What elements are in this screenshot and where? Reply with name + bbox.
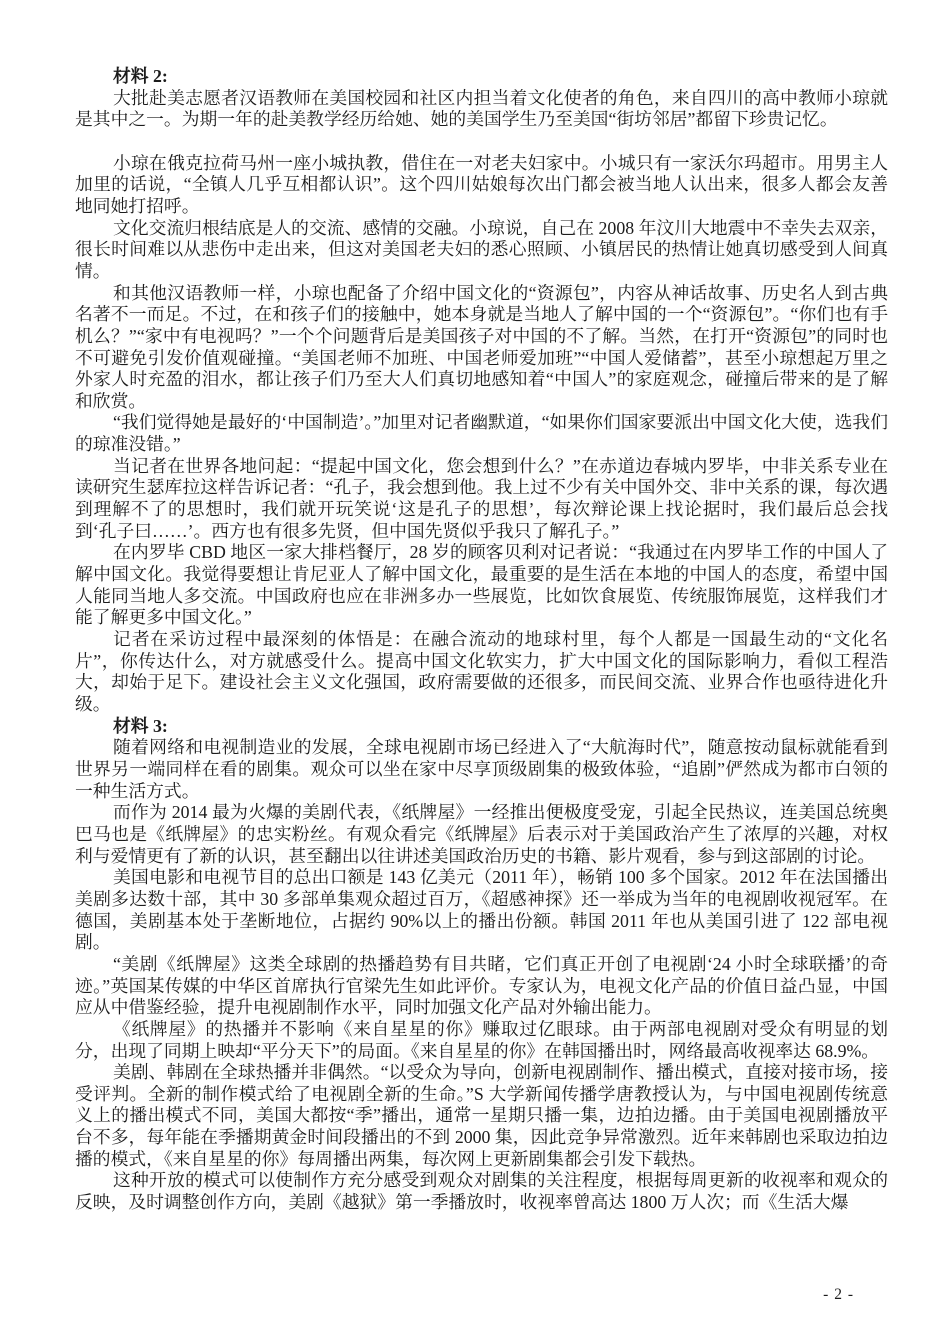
- paragraph: 随着网络和电视制造业的发展，全球电视剧市场已经进入了“大航海时代”，随意按动鼠标…: [75, 737, 888, 802]
- paragraph: 在内罗毕 CBD 地区一家大排档餐厅，28 岁的顾客贝利对记者说：“我通过在内罗…: [75, 542, 888, 629]
- paragraph: 美国电影和电视节目的总出口额是 143 亿美元（2011 年），畅销 100 多…: [75, 867, 888, 954]
- paragraph: 和其他汉语教师一样，小琼也配备了介绍中国文化的“资源包”，内容从神话故事、历史名…: [75, 283, 888, 413]
- material-2-heading: 材料 2:: [75, 66, 888, 88]
- paragraph: 小琼在俄克拉荷马州一座小城执教，借住在一对老夫妇家中。小城只有一家沃尔玛超市。用…: [75, 153, 888, 218]
- material-3-section: 材料 3: 随着网络和电视制造业的发展，全球电视剧市场已经进入了“大航海时代”，…: [75, 716, 888, 1214]
- paragraph: 而作为 2014 最为火爆的美剧代表，《纸牌屋》一经推出便极度受宠，引起全民热议…: [75, 802, 888, 867]
- paragraph: 这种开放的模式可以使制作方充分感受到观众对剧集的关注程度，根据每周更新的收视率和…: [75, 1170, 888, 1213]
- paragraph: 当记者在世界各地问起：“提起中国文化，您会想到什么？”在赤道边春城内罗毕，中非关…: [75, 456, 888, 543]
- material-3-heading: 材料 3:: [75, 716, 888, 738]
- paragraph: 大批赴美志愿者汉语教师在美国校园和社区内担当着文化使者的角色，来自四川的高中教师…: [75, 88, 888, 131]
- paragraph: “我们觉得她是最好的‘中国制造’。”加里对记者幽默道，“如果你们国家要派出中国文…: [75, 412, 888, 455]
- paragraph: 《纸牌屋》的热播并不影响《来自星星的你》赚取过亿眼球。由于两部电视剧对受众有明显…: [75, 1019, 888, 1062]
- material-2-section: 材料 2: 大批赴美志愿者汉语教师在美国校园和社区内担当着文化使者的角色，来自四…: [75, 66, 888, 716]
- paragraph: 文化交流归根结底是人的交流、感情的交融。小琼说，自己在 2008 年汶川大地震中…: [75, 218, 888, 283]
- paragraph: 记者在采访过程中最深刻的体悟是：在融合流动的地球村里，每个人都是一国最生动的“文…: [75, 629, 888, 716]
- page-number: - 2 -: [823, 1284, 854, 1306]
- document-page: 材料 2: 大批赴美志愿者汉语教师在美国校园和社区内担当着文化使者的角色，来自四…: [0, 0, 950, 1344]
- paragraph: “美剧《纸牌屋》这类全球剧的热播趋势有目共睹，它们真正开创了电视剧‘24 小时全…: [75, 954, 888, 1019]
- paragraph: 美剧、韩剧在全球热播并非偶然。“以受众为导向，创新电视剧制作、播出模式，直接对接…: [75, 1062, 888, 1170]
